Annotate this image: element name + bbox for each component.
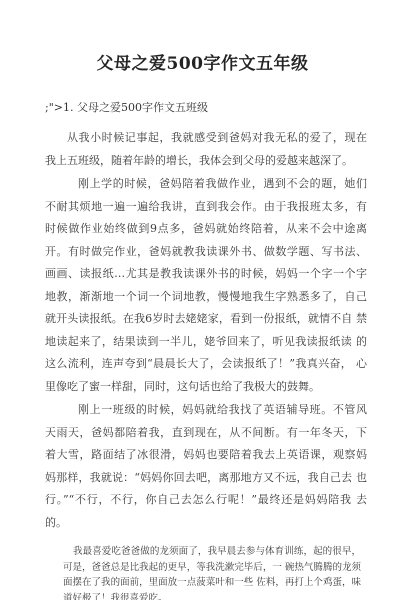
paragraph-intro: 从我小时候记事起，我就感受到爸妈对我无私的爱了，现在 我上五班级，随着年龄的增长…: [45, 127, 367, 172]
paragraph-homework: 刚上学的时候，爸妈陪着我做作业，遇到不会的题，她们 不耐其烦地一遍一遍给我讲，直…: [45, 173, 367, 398]
page-title: 父母之爱500字作文五年级: [0, 0, 405, 74]
paragraph-noodles: 我最喜爱吃爸爸做的龙须面了，我早晨去参与体育训练，起的很早，可是，爸爸总是比我起…: [63, 544, 361, 600]
paragraph-english-class: 刚上一班级的时候，妈妈就给我找了英语辅导班。不管风 天雨天，爸妈都陪着我，直到现…: [45, 399, 367, 534]
subtitle-line: ;">1. 父母之爱500字作文五班级: [45, 99, 367, 115]
document-page: 父母之爱500字作文五年级 ;">1. 父母之爱500字作文五班级 从我小时候记…: [0, 0, 405, 600]
